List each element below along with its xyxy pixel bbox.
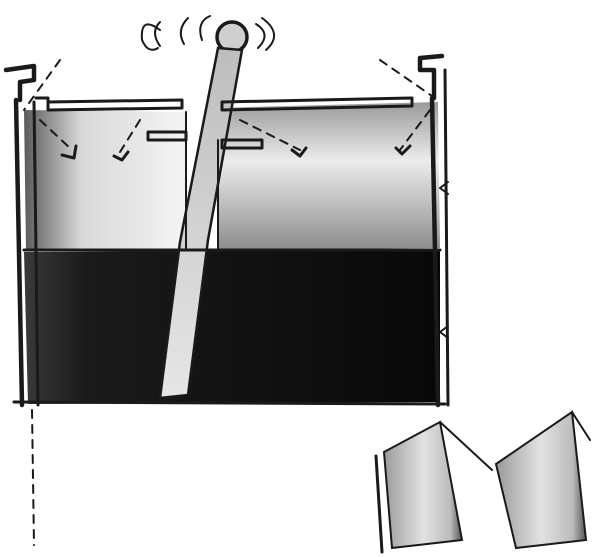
section-sketch [0, 0, 600, 557]
adjacent-buildings [376, 412, 590, 552]
sun-icon [142, 16, 274, 52]
lower-dark-volume [24, 250, 440, 404]
